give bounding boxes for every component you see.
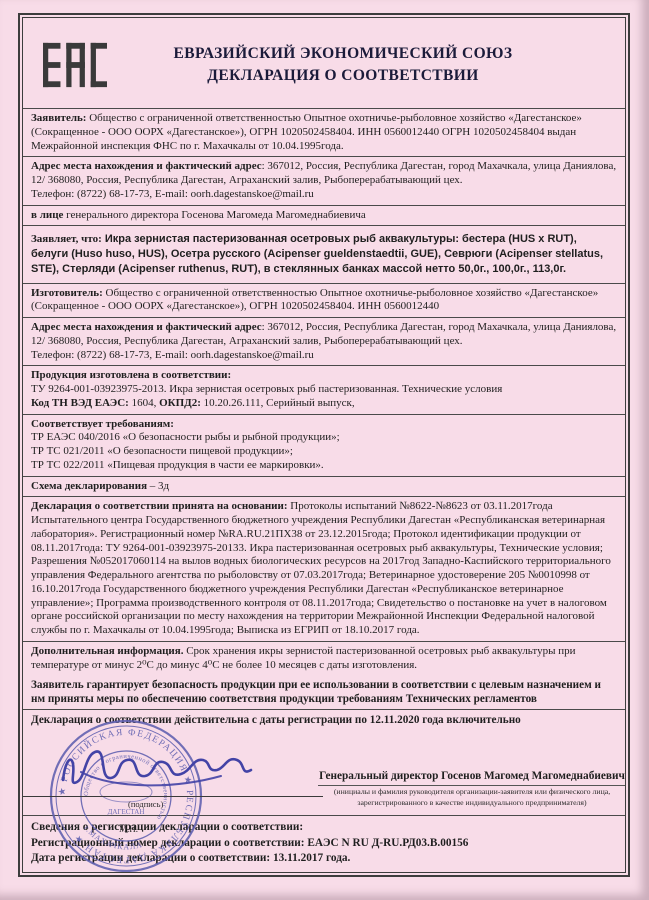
registration-date-label: Дата регистрации декларации о соответств… — [31, 852, 270, 864]
eac-mark-icon — [43, 30, 115, 100]
union-title: ЕВРАЗИЙСКИЙ ЭКОНОМИЧЕСКИЙ СОЮЗ — [115, 43, 571, 65]
manufacturer-address-label: Адрес места нахождения и фактический адр… — [31, 321, 262, 333]
compliance-label: Соответствует требованиям: — [31, 418, 617, 432]
validity-row: Декларация о соответствии действительна … — [23, 709, 625, 730]
basis-row: Декларация о соответствии принята на осн… — [23, 496, 625, 641]
applicant-address-label: Адрес места нахождения и фактический адр… — [31, 160, 262, 172]
compliance-item: ТР ТС 022/2011 «Пищевая продукция в част… — [31, 459, 617, 473]
document-header: ЕВРАЗИЙСКИЙ ЭКОНОМИЧЕСКИЙ СОЮЗ ДЕКЛАРАЦИ… — [23, 18, 625, 108]
declares-label: Заявляет, что: — [31, 233, 102, 245]
stamp-center-text: ДАГЕСТАН — [108, 808, 145, 816]
production-tu: ТУ 9264-001-03923975-2013. Икра зерниста… — [31, 383, 617, 397]
compliance-row: Соответствует требованиям: ТР ЕАЭС 040/2… — [23, 414, 625, 476]
director-note-line2: зарегистрированного в качестве индивидуа… — [318, 798, 626, 809]
basis-text: Протоколы испытаний №8622-№8623 от 03.11… — [31, 500, 611, 636]
guarantee-row: Заявитель гарантирует безопасность проду… — [23, 675, 625, 709]
okpd-label: ОКПД2: — [159, 397, 201, 409]
compliance-item: ТР ЕАЭС 040/2016 «О безопасности рыбы и … — [31, 431, 617, 445]
okpd-value: 10.20.26.111, Серийный выпуск, — [201, 397, 355, 409]
registration-date-value: 13.11.2017 года. — [270, 852, 350, 864]
registration-number-label: Регистрационный номер декларации о соотв… — [31, 837, 305, 849]
director-name: Генеральный директор Госенов Магомед Маг… — [318, 770, 626, 785]
additional-info-row: Дополнительная информация. Срок хранения… — [23, 641, 625, 676]
signature-area: ★ РОССИЙСКАЯ ФЕДЕРАЦИЯ ★ РЕСПУБЛИКА ДАГЕ… — [23, 730, 625, 815]
manufacturer-label: Изготовитель: — [31, 287, 103, 299]
scheme-row: Схема декларирования – 3д — [23, 476, 625, 497]
manufacturer-text: Общество с ограниченной ответственностью… — [31, 287, 598, 313]
applicant-phone: Телефон: (8722) 68-17-73, E-mail: oorh.d… — [31, 188, 617, 202]
tnved-code-value: 1604, — [129, 397, 159, 409]
tnved-code-label: Код ТН ВЭД ЕАЭС: — [31, 397, 129, 409]
director-note-line1: (инициалы и фамилия руководителя организ… — [318, 787, 626, 798]
registration-number-value: ЕАЭС N RU Д-RU.РД03.В.00156 — [305, 837, 469, 849]
production-label: Продукция изготовлена в соответствии: — [31, 369, 617, 383]
registration-number-line: Регистрационный номер декларации о соотв… — [31, 836, 617, 851]
applicant-text: Общество с ограниченной ответственностью… — [31, 112, 582, 152]
declaration-title: ДЕКЛАРАЦИЯ О СООТВЕТСТВИИ — [115, 65, 571, 87]
basis-label: Декларация о соответствии принята на осн… — [31, 500, 288, 512]
manufacturer-row: Изготовитель: Общество с ограниченной от… — [23, 283, 625, 318]
scheme-value: – 3д — [147, 480, 169, 492]
manufacturer-address-row: Адрес места нахождения и фактический адр… — [23, 317, 625, 365]
declares-row: Заявляет, что: Икра зернистая пастеризов… — [23, 225, 625, 282]
production-codes: Код ТН ВЭД ЕАЭС: 1604, ОКПД2: 10.20.26.1… — [31, 397, 617, 411]
compliance-item: ТР ТС 021/2011 «О безопасности пищевой п… — [31, 445, 617, 459]
signature-caption: (подпись) — [128, 799, 163, 809]
handwritten-signature — [51, 736, 281, 798]
applicant-address-row: Адрес места нахождения и фактический адр… — [23, 156, 625, 204]
registration-date-line: Дата регистрации декларации о соответств… — [31, 851, 617, 866]
production-row: Продукция изготовлена в соответствии: ТУ… — [23, 365, 625, 413]
director-note: (инициалы и фамилия руководителя организ… — [318, 785, 626, 808]
declaration-page: ЕВРАЗИЙСКИЙ ЭКОНОМИЧЕСКИЙ СОЮЗ ДЕКЛАРАЦИ… — [0, 0, 649, 900]
manufacturer-phone: Телефон: (8722) 68-17-73, E-mail: oorh.d… — [31, 349, 617, 363]
product-description: Икра зернистая пастеризованная осетровых… — [31, 233, 603, 275]
document-inner-frame: ЕВРАЗИЙСКИЙ ЭКОНОМИЧЕСКИЙ СОЮЗ ДЕКЛАРАЦИ… — [22, 17, 626, 873]
document-frame: ЕВРАЗИЙСКИЙ ЭКОНОМИЧЕСКИЙ СОЮЗ ДЕКЛАРАЦИ… — [18, 13, 630, 877]
additional-info-label: Дополнительная информация. — [31, 645, 183, 657]
director-block: Генеральный директор Госенов Магомед Маг… — [318, 770, 626, 808]
document-titles: ЕВРАЗИЙСКИЙ ЭКОНОМИЧЕСКИЙ СОЮЗ ДЕКЛАРАЦИ… — [115, 43, 611, 88]
stamp-place-label: М.П. — [119, 824, 138, 834]
in-person-label: в лице — [31, 209, 63, 221]
applicant-label: Заявитель: — [31, 112, 86, 124]
scheme-label: Схема декларирования — [31, 480, 147, 492]
registration-block: Сведения о регистрации декларации о соот… — [23, 815, 625, 872]
applicant-row: Заявитель: Общество с ограниченной ответ… — [23, 108, 625, 156]
in-person-row: в лице генерального директора Госенова М… — [23, 205, 625, 226]
in-person-text: генерального директора Госенова Магомеда… — [63, 209, 365, 221]
